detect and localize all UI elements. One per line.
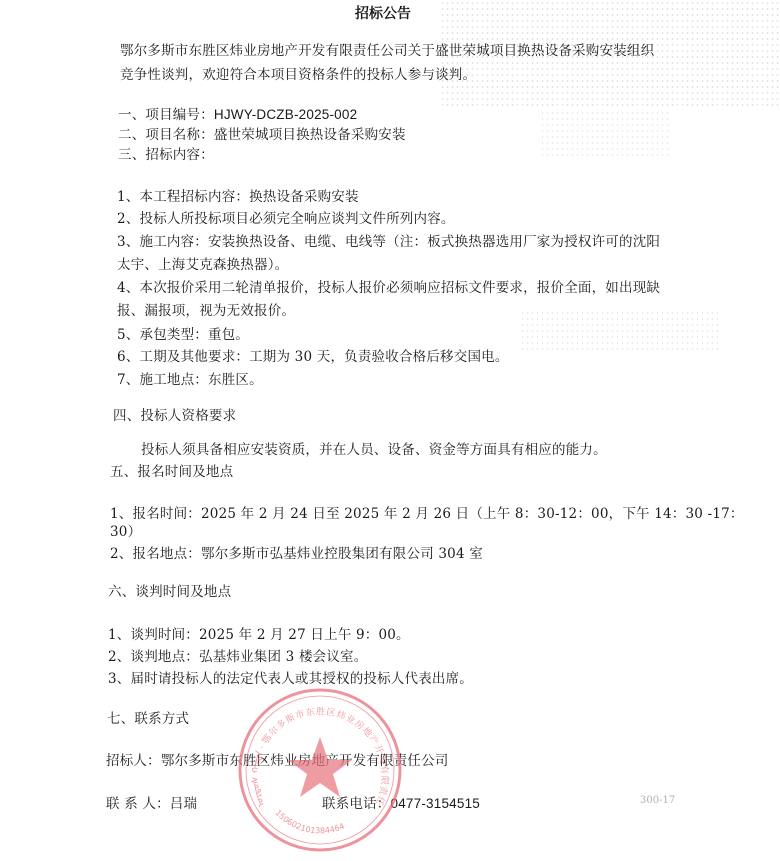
project-number-label: 一、项目编号： <box>118 107 214 123</box>
contact-phone: 联系电话：0477-3154515 <box>322 792 480 812</box>
section-3-item: 5、承包类型：重包。 <box>117 323 249 343</box>
project-number: 一、项目编号：HJWY-DCZB-2025-002 <box>118 103 357 123</box>
tenderer: 招标人：鄂尔多斯市东胜区炜业房地产开发有限责任公司 <box>106 749 449 769</box>
contact-label: 联 系 人： <box>106 796 170 812</box>
company-seal: ᠣᠷᠳᠣᠰ ᠬᠣᠲᠠ · 鄂尔多斯市东胜区炜业房地产开发有限责任公司 15060… <box>235 685 405 855</box>
svg-text:150602101384464: 150602101384464 <box>273 808 345 835</box>
section-6-item: 1、谈判时间：2025 年 2 月 27 日上午 9：00。 <box>108 623 410 643</box>
section-3-item: 2、投标人所投标项目必须完全响应谈判文件所列内容。 <box>117 207 455 227</box>
seal-code: 150602101384464 <box>273 808 345 835</box>
phone-number: 0477-3154515 <box>391 796 480 811</box>
section-6-item: 2、谈判地点：弘基炜业集团 3 楼会议室。 <box>108 645 367 665</box>
section-6-item: 3、届时请投标人的法定代表人或其授权的投标人代表出席。 <box>108 667 473 687</box>
section-3-item: 报、漏报项，视为无效报价。 <box>117 299 295 319</box>
section-3-item: 1、本工程招标内容：换热设备采购安装 <box>117 185 359 205</box>
document-title: 招标公告 <box>355 3 411 23</box>
section-5-item: 1、报名时间：2025 年 2 月 24 日至 2025 年 2 月 26 日（… <box>110 502 744 522</box>
tenderer-label: 招标人： <box>106 753 161 769</box>
scan-noise <box>540 110 670 160</box>
project-name-label: 二、项目名称： <box>118 127 214 143</box>
project-name: 二、项目名称：盛世荣城项目换热设备采购安装 <box>118 123 406 143</box>
section-5-item: 30） <box>110 520 141 540</box>
project-number-value: HJWY-DCZB-2025-002 <box>214 107 357 122</box>
contact-person: 联 系 人：吕瑞 <box>106 792 197 812</box>
scan-noise <box>520 310 720 350</box>
section-3-item: 太宇、上海艾克森换热器）。 <box>117 253 288 273</box>
section-4-text: 投标人须具备相应安装资质，并在人员、设备、资金等方面具有相应的能力。 <box>141 438 607 458</box>
tender-announcement-page: 招标公告 鄂尔多斯市东胜区炜业房地产开发有限责任公司关于盛世荣城项目换热设备采购… <box>0 0 780 861</box>
section-3-item: 7、施工地点：东胜区。 <box>117 368 263 388</box>
section-3-item: 6、工期及其他要求：工期为 30 天，负责验收合格后移交国电。 <box>117 345 509 365</box>
section-3-item: 3、施工内容：安装换热设备、电缆、电线等（注：板式换热器选用厂家为授权许可的沈阳 <box>117 230 660 250</box>
intro-line-1: 鄂尔多斯市东胜区炜业房地产开发有限责任公司关于盛世荣城项目换热设备采购安装组织 <box>120 39 654 59</box>
svg-text:ᠣᠷᠳᠣᠰ ᠬᠣᠲᠠ · 鄂尔多斯市东胜区炜业房地产开发有限: ᠣᠷᠳᠣᠰ ᠬᠣᠲᠠ · 鄂尔多斯市东胜区炜业房地产开发有限责任公司 <box>235 685 391 808</box>
section-5-item: 2、报名地点：鄂尔多斯市弘基炜业控股集团有限公司 304 室 <box>110 542 483 562</box>
phone-label: 联系电话： <box>322 796 391 812</box>
section-5-heading: 五、报名时间及地点 <box>110 460 233 480</box>
section-3-item: 4、本次报价采用二轮清单报价，投标人报价必须响应招标文件要求，报价全面，如出现缺 <box>117 276 660 296</box>
section-6-heading: 六、谈判时间及地点 <box>108 580 231 600</box>
tenderer-name: 鄂尔多斯市东胜区炜业房地产开发有限责任公司 <box>161 753 449 769</box>
section-7-heading: 七、联系方式 <box>107 707 189 727</box>
project-name-value: 盛世荣城项目换热设备采购安装 <box>214 127 406 143</box>
bleed-through-text: 300-17 <box>640 795 675 806</box>
section-4-heading: 四、投标人资格要求 <box>113 404 236 424</box>
intro-line-2: 竞争性谈判，欢迎符合本项目资格条件的投标人参与谈判。 <box>120 63 476 83</box>
section-3-heading: 三、招标内容： <box>118 143 214 163</box>
contact-name: 吕瑞 <box>170 796 197 812</box>
